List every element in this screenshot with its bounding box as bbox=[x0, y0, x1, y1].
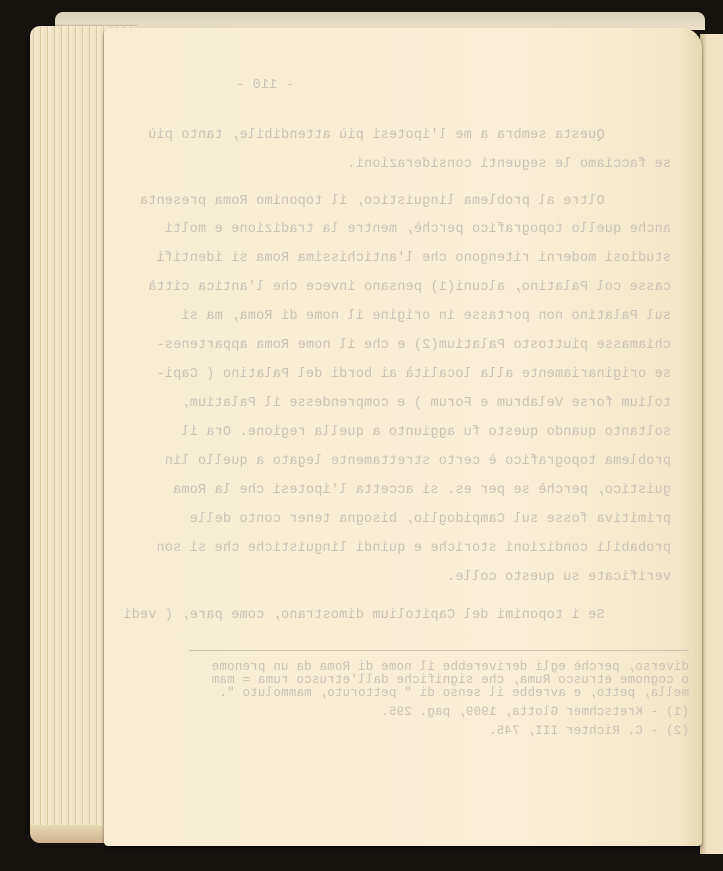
footnote-line: mella, petto, e avrebbe il senso di " pe… bbox=[219, 686, 689, 700]
footnote-rule bbox=[189, 650, 689, 651]
document-page: - 110 - Questa sembra a me l'ipotesi più… bbox=[104, 28, 702, 846]
body-line: verificate su questo colle. bbox=[447, 570, 671, 585]
body-line: casse col Palatino, alcuni(1) pensano in… bbox=[148, 280, 671, 295]
body-line: se originariamente alla località ai bord… bbox=[156, 367, 671, 382]
footnote-2: (2) - C. Richter III, 745. bbox=[489, 724, 689, 738]
body-line: Se i toponimi del Capitolium dimostrano,… bbox=[123, 608, 671, 623]
facing-page-edge bbox=[700, 34, 723, 854]
body-line: Questa sembra a me l'ipotesi più attendi… bbox=[148, 128, 671, 143]
page-number: - 110 - bbox=[236, 78, 294, 93]
body-line: sul Palatino non portasse in origine il … bbox=[181, 309, 671, 324]
body-line: probabili condizioni storiche e quindi l… bbox=[156, 541, 671, 556]
body-line: soltanto quando questo fu aggiunto a que… bbox=[181, 425, 671, 440]
bleed-through-text: - 110 - Questa sembra a me l'ipotesi più… bbox=[144, 28, 689, 846]
body-line: anche quello topografico perchè, mentre … bbox=[165, 222, 671, 237]
body-line: chiamasse piuttosto Palatium(2) e che il… bbox=[156, 338, 671, 353]
body-line: primitiva fosse sul Campidoglio, bisogna… bbox=[190, 512, 671, 527]
body-line: studiosi moderni ritengono che l'antichi… bbox=[156, 251, 671, 266]
footnote-line: o cognome etrusco Ruma, che significhe d… bbox=[212, 673, 689, 687]
footnote-1: (1) - Kretschmer Glotta, 1909, pag. 295. bbox=[381, 705, 689, 719]
footnote-line: diverso, perchè egli deriverebbe il nome… bbox=[212, 660, 689, 674]
body-line: guistico, perchè se per es. si accetta l… bbox=[173, 483, 671, 498]
body-line: tolium forse Velabrum e Forum ) e compre… bbox=[181, 396, 671, 411]
body-line: problema topografico è certo strettament… bbox=[165, 454, 671, 469]
body-line: Oltre al problema linguistico, il toponi… bbox=[140, 194, 671, 209]
body-line: se facciamo le seguenti considerazioni. bbox=[347, 157, 671, 172]
